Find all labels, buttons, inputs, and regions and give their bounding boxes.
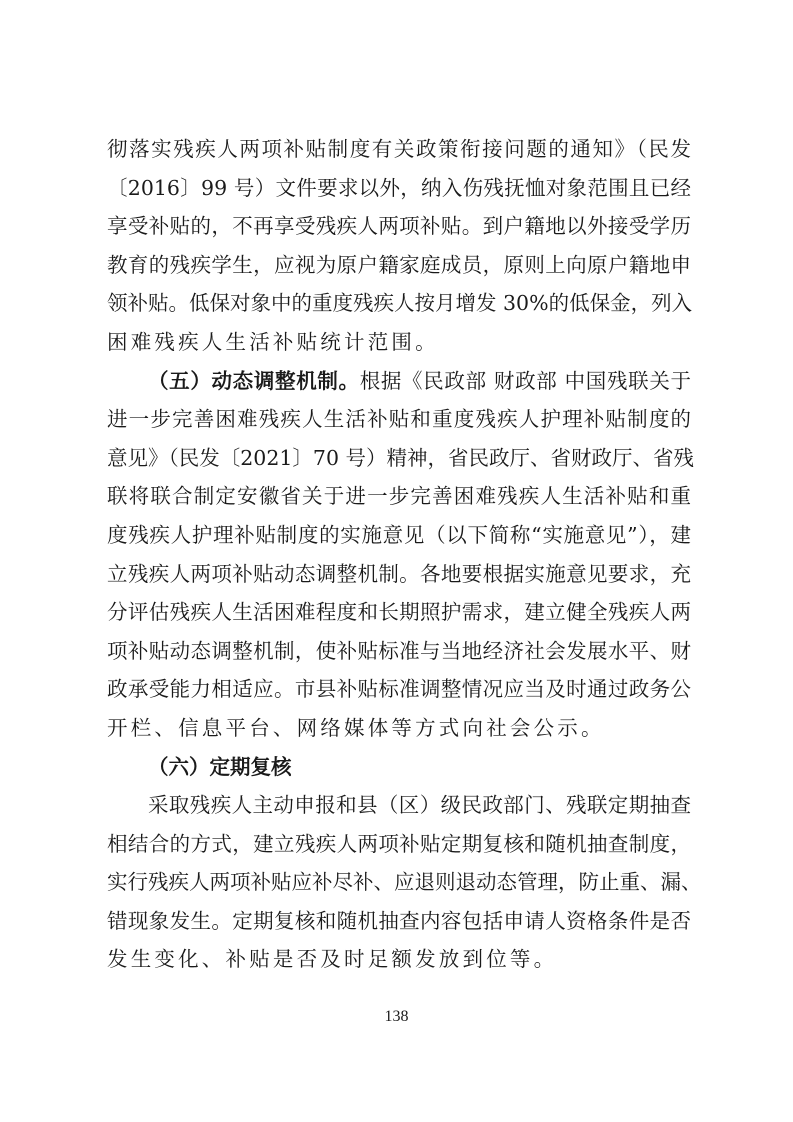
text-line: 项补贴动态调整机制，使补贴标准与当地经济社会发展水平、财 xyxy=(107,632,691,671)
text-line: 立残疾人两项补贴动态调整机制。各地要根据实施意见要求，充 xyxy=(107,555,691,594)
text-line: 政承受能力相适应。市县补贴标准调整情况应当及时通过政务公 xyxy=(107,670,691,709)
text-line: 彻落实残疾人两项补贴制度有关政策衔接问题的通知》（民发 xyxy=(107,130,691,169)
section-6-heading: （六）定期复核 xyxy=(107,748,691,787)
section-5-heading: （五）动态调整机制。 xyxy=(148,369,360,393)
text-line: 相结合的方式，建立残疾人两项补贴定期复核和随机抽查制度， xyxy=(107,825,691,864)
section-5-first-line-text: 根据《民政部 财政部 中国残联关于 xyxy=(360,369,691,393)
text-line: 困难残疾人生活补贴统计范围。 xyxy=(107,323,691,362)
text-line: 开栏、信息平台、网络媒体等方式向社会公示。 xyxy=(107,709,691,748)
text-line: 分评估残疾人生活困难程度和长期照护需求，建立健全残疾人两 xyxy=(107,593,691,632)
text-line: 意见》（民发〔2021〕70 号）精神，省民政厅、省财政厅、省残 xyxy=(107,439,691,478)
section-5-first-line: （五）动态调整机制。根据《民政部 财政部 中国残联关于 xyxy=(107,362,691,401)
text-line: 采取残疾人主动申报和县（区）级民政部门、残联定期抽查 xyxy=(107,786,691,825)
text-line: 享受补贴的，不再享受残疾人两项补贴。到户籍地以外接受学历 xyxy=(107,207,691,246)
text-line: 领补贴。低保对象中的重度残疾人按月增发 30%的低保金，列入 xyxy=(107,284,691,323)
text-line: 教育的残疾学生，应视为原户籍家庭成员，原则上向原户籍地申 xyxy=(107,246,691,285)
text-line: 联将联合制定安徽省关于进一步完善困难残疾人生活补贴和重 xyxy=(107,477,691,516)
text-line: 实行残疾人两项补贴应补尽补、应退则退动态管理，防止重、漏、 xyxy=(107,863,691,902)
text-line: 〔2016〕99 号）文件要求以外，纳入伤残抚恤对象范围且已经 xyxy=(107,169,691,208)
body-text: 彻落实残疾人两项补贴制度有关政策衔接问题的通知》（民发 〔2016〕99 号）文… xyxy=(107,130,691,979)
text-line: 发生变化、补贴是否及时足额发放到位等。 xyxy=(107,940,691,979)
text-line: 度残疾人护理补贴制度的实施意见（以下简称“实施意见”），建 xyxy=(107,516,691,555)
text-line: 错现象发生。定期复核和随机抽查内容包括申请人资格条件是否 xyxy=(107,902,691,941)
document-page: 彻落实残疾人两项补贴制度有关政策衔接问题的通知》（民发 〔2016〕99 号）文… xyxy=(0,0,793,1122)
page-number: 138 xyxy=(0,1008,793,1026)
text-line: 进一步完善困难残疾人生活补贴和重度残疾人护理补贴制度的 xyxy=(107,400,691,439)
